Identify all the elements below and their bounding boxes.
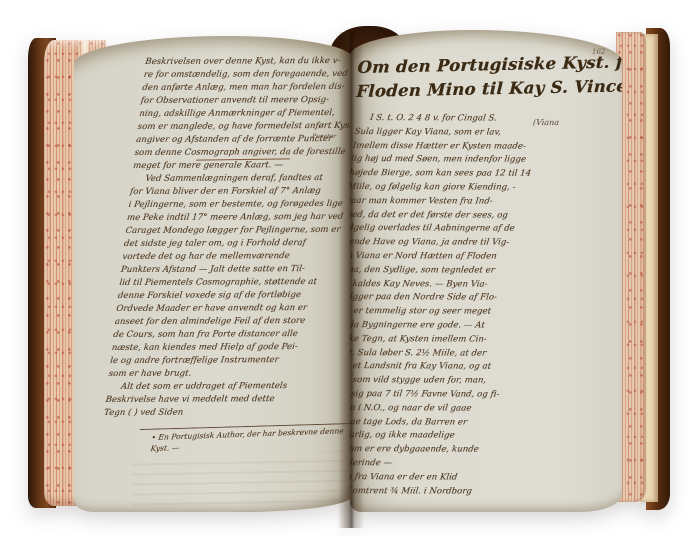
- handwritten-line: i Pejlingerne, som er bestemte, og forøg…: [128, 198, 338, 212]
- handwritten-line: lægge sig paa 7 til 7½ Favne Vand, og fi…: [350, 388, 562, 403]
- handwritten-line: med, da det er det første der sees, og: [350, 209, 585, 224]
- handwritten-line: tvende Have og Viana, ja andre til Vig-: [350, 236, 581, 251]
- handwritten-line: ind, maae tage Lods, da Barren er: [350, 416, 559, 431]
- handwritten-line: ne Egen i N.O., og naar de vil gaae: [350, 402, 560, 417]
- handwritten-line: Imellem disse Hætter er Kysten maade-: [352, 140, 594, 155]
- handwritten-line: Miile, og følgelig kan giore Kiending, -: [350, 181, 588, 196]
- handwritten-line: højede Bierge, som kan sees paa 12 til 1…: [350, 167, 590, 182]
- handwritten-line: Beskrivelsen over denne Kyst, kan du ikk…: [144, 55, 352, 69]
- handwritten-line: le og andre fortræffelige Instrumenter: [109, 354, 319, 368]
- handwritten-line: naar man kommer Vesten fra Ind-: [350, 195, 586, 210]
- handwritten-line: Punkters Afstand — Jalt dette satte en T…: [120, 263, 330, 277]
- handwritten-line: Sula ligger Kay Viana, som er lav,: [354, 126, 596, 141]
- handwritten-line: som er manglede, og have formedelst anfø…: [137, 120, 347, 134]
- right-handwriting-block: I S. t. O. 2 4 8 v. for Cingal S.Sula li…: [350, 112, 597, 499]
- handwritten-line: meget for mere generale Kaart. —: [132, 159, 342, 173]
- chapter-title-line: Floden Mino til Kay S. Vincente.: [356, 75, 607, 104]
- handwritten-line: følgelig overlades til Aabningerne af de: [350, 222, 583, 237]
- handwritten-line: na ligger paa den Nordre Side af Flo-: [350, 291, 574, 306]
- handwritten-line: lig høj ud med Søen, men indenfor ligge: [350, 153, 592, 168]
- left-page-number: 80: [80, 46, 89, 54]
- book-photo: 80 Beskrivelsen over denne Kyst, kan du …: [28, 26, 670, 512]
- handwritten-line: Strøm som vild stygge uden for, man,: [350, 374, 564, 389]
- handwritten-line: for Viana bliver der en Forskiel af 7° A…: [129, 185, 339, 199]
- chapter-title: Om den Portugisiske Kyst. fraFloden Mino…: [356, 51, 608, 104]
- handwritten-line: Caraget Mondego lægger for Pejlingerne, …: [125, 224, 335, 238]
- handwritten-line: komme derinde —: [350, 457, 553, 472]
- handwritten-line: meget farlig, og ikke maadelige: [350, 429, 557, 444]
- handwritten-line: vortede det og har de mellemværende: [122, 250, 332, 264]
- photo-backdrop: 80 Beskrivelsen over denne Kyst, kan du …: [0, 0, 700, 536]
- handwritten-line: den anførte Anlæg, men man har fordelen …: [141, 81, 351, 95]
- handwritten-line: Flebe, som er ere dybgaaende, kunde: [350, 443, 555, 458]
- handwritten-line: det sidste jeg taler om, og i Forhold de…: [123, 237, 333, 251]
- handwritten-line: vel, da Bygningerne ere gode. — At: [350, 319, 571, 334]
- handwritten-line: lav, kaldes Kay Neves. — Byen Via-: [350, 278, 576, 293]
- handwritten-line: ten Viana er Nord Hætten af Floden: [350, 250, 579, 265]
- handwritten-line: for Observationer anvendt til meere Opsi…: [140, 94, 350, 108]
- left-handwriting-block: Beskrivelsen over denne Kyst, kan du ikk…: [103, 55, 352, 420]
- handwritten-line: I S. t. O. 2 4 8 v. for Cingal S.: [355, 112, 597, 127]
- handwritten-line: som er have brugt.: [108, 367, 318, 381]
- right-page: 162 Om den Portugisiske Kyst. fraFloden …: [350, 30, 622, 512]
- handwritten-line: Strand af omtrent ¾ Miil. i Nordborg: [350, 485, 550, 500]
- handwritten-line: re for omstændelig, som den foregaaende,…: [143, 68, 352, 82]
- handwritten-line: mærke Tegn, at Kysten imellem Cin-: [350, 333, 569, 348]
- handwritten-line: Sydlig fra Viana er der en Klid: [350, 471, 552, 486]
- interline-note: Puncter: [312, 133, 337, 140]
- handwritten-line: Ved Sammenlægningen deraf, fandtes at: [131, 172, 341, 186]
- ink-showthrough: [131, 450, 348, 512]
- handwritten-line: næste, kan kiendes med Hielp af gode Pei…: [111, 341, 321, 355]
- handwritten-line: Tegn ( ) ved Siden: [103, 406, 313, 420]
- handwritten-line: gaaer et Landsnit fra Kay Viana, og at: [350, 360, 566, 375]
- handwritten-line: den, er temmelig stor og seer meget: [350, 305, 573, 320]
- handwritten-line: gal St. Sula løber S. 2½ Miile, at der: [350, 347, 567, 362]
- handwritten-line: Lima, den Sydlige, som tegnledet er: [350, 264, 578, 279]
- handwritten-line: anseet for den almindelige Feil af den s…: [114, 315, 324, 329]
- handwritten-line: Alt det som er uddraget af Piementels: [106, 380, 316, 394]
- handwritten-line: Ordvede Maader er have anvendt og kan er: [115, 302, 325, 316]
- handwritten-line: ning, adskillige Anmærkninger af Piement…: [138, 107, 348, 121]
- handwritten-line: denne Forskiel voxede sig af de fortløbi…: [117, 289, 327, 303]
- handwritten-line: lid til Piementels Cosmographie, støtten…: [118, 276, 328, 290]
- handwritten-line: me Peke indtil 17° meere Anlæg, som jeg …: [126, 211, 336, 225]
- margin-note: (Viana: [533, 118, 560, 127]
- handwritten-line: de Cours, som han fra Porte distancer al…: [112, 328, 322, 342]
- handwritten-line: Beskrivelse have vi meddelt med dette: [105, 393, 315, 407]
- left-page: 80 Beskrivelsen over denne Kyst, kan du …: [74, 36, 352, 512]
- handwritten-line: som denne Cosmograph angiver, da de fore…: [134, 146, 344, 160]
